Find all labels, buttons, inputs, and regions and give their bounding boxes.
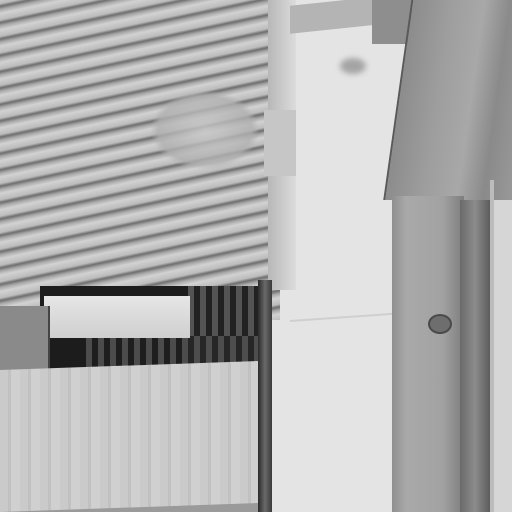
vertical-slot bbox=[258, 280, 272, 512]
metal-rod bbox=[490, 180, 494, 512]
vertical-post bbox=[392, 196, 464, 512]
right-wall-strip bbox=[494, 200, 512, 512]
photo-scene bbox=[0, 0, 512, 512]
plank-tab bbox=[264, 110, 296, 176]
plywood-board bbox=[0, 361, 262, 512]
bolt-icon bbox=[428, 314, 452, 334]
white-board bbox=[44, 296, 190, 338]
post-shadow bbox=[460, 200, 490, 512]
wood-knot bbox=[150, 90, 260, 170]
wall-stain bbox=[340, 58, 366, 74]
